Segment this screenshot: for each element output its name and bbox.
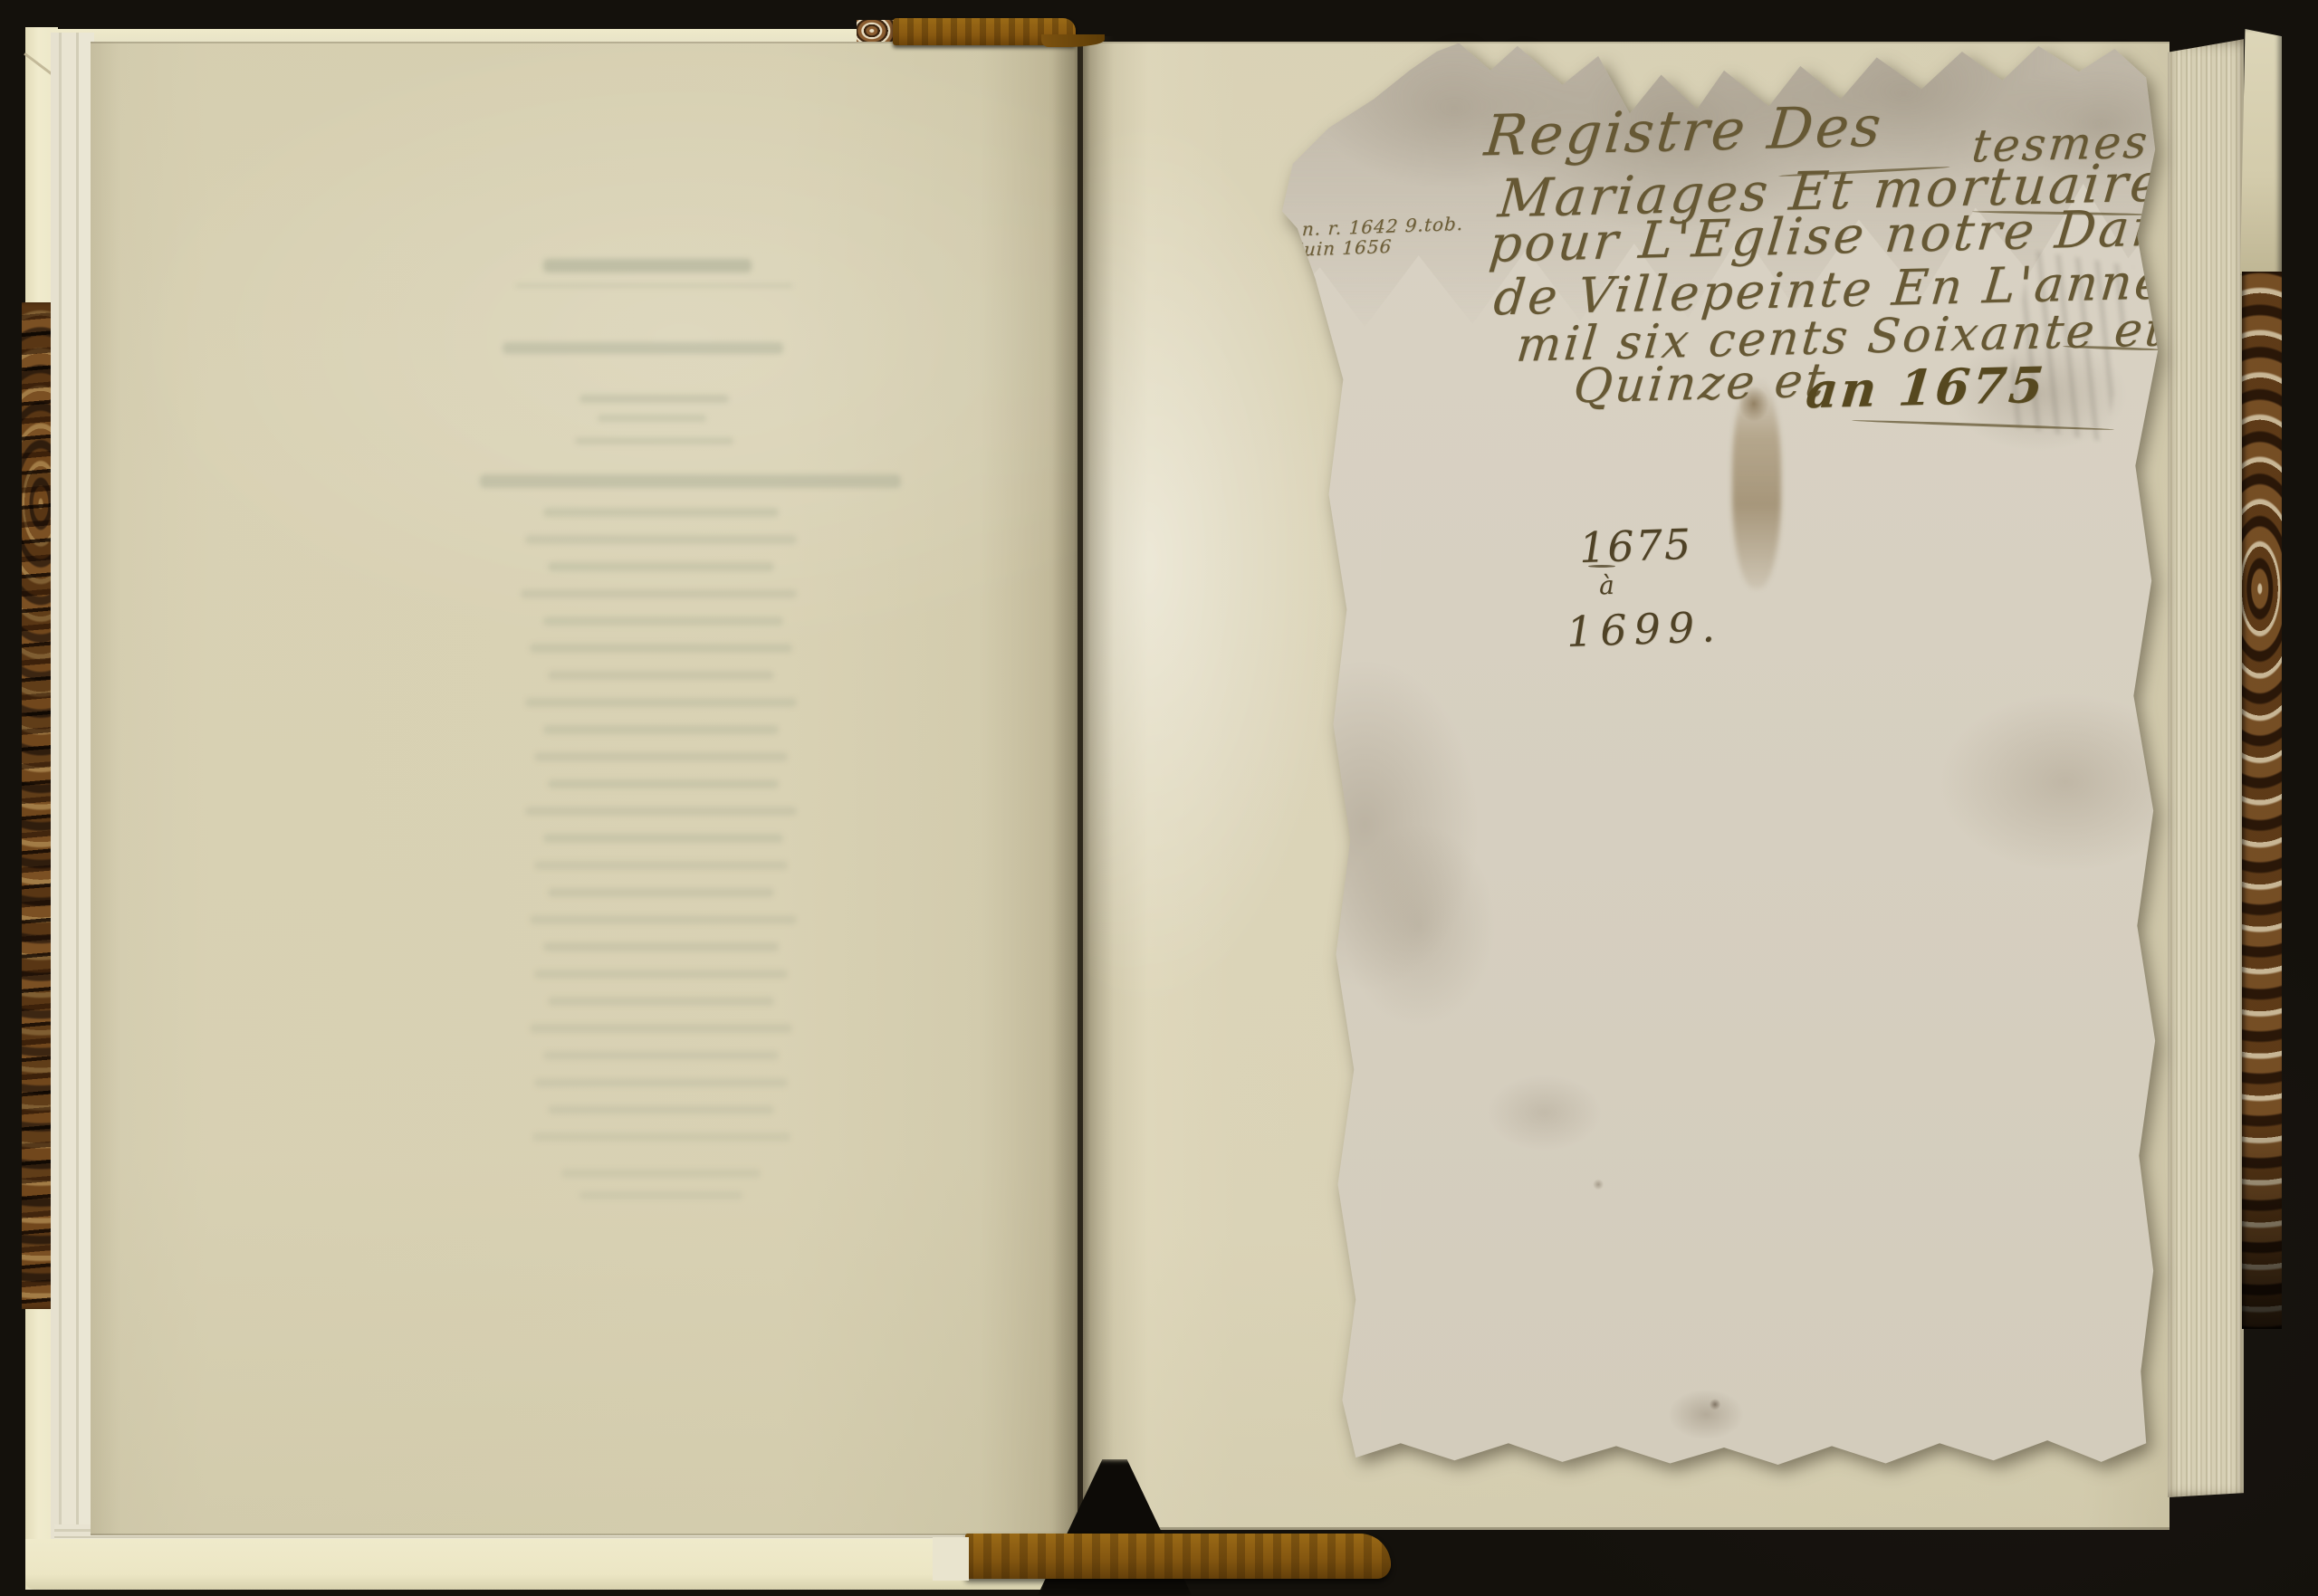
ghost-text-line [480,474,901,488]
left-leaf-edges [51,33,94,1539]
ghost-text-line [543,942,779,951]
show-through-ghost-text [91,42,1078,1535]
ghost-text-line [525,807,797,816]
ghost-text-line [543,259,752,272]
ghost-text-line [548,779,779,788]
ghost-text-line [548,888,774,897]
margin-note-line-2: . juin 1656 [1283,235,1393,261]
title-line-1a: Registre Des [1481,93,1886,169]
ghost-text-line [525,535,797,544]
date-range-separator: à [1598,570,1616,601]
ghost-text-line [579,1191,742,1199]
spine-marble-fragment [857,20,895,42]
ghost-text-line [561,1169,761,1178]
left-blank-page [91,42,1078,1535]
ghost-text-line [516,284,792,287]
ghost-text-line [548,562,774,571]
ghost-text-line [534,970,788,979]
ghost-text-line [543,508,779,517]
right-marbled-board-edge [2242,272,2282,1329]
ghost-text-line [598,415,706,422]
ghost-text-line [503,342,783,354]
ghost-text-line [530,915,797,924]
book-gutter-shadow [1052,36,1114,1541]
bottom-endpaper-sliver [933,1537,969,1581]
ghost-text-line [543,1051,779,1060]
ghost-text-line [575,437,733,444]
ghost-text-line [534,861,788,870]
ghost-text-line [543,834,783,843]
ghost-text-line [521,589,797,598]
manuscript-leaf: Registre Des tesmes Mariages Et mortuair… [1275,34,2173,1472]
spine-leather-bottom [965,1534,1391,1579]
ghost-text-line [530,644,792,653]
ghost-text-line [548,1105,774,1114]
ghost-text-line [534,752,788,761]
title-line-6b: an 1675 [1804,356,2049,420]
title-line-6a: Quinze et [1571,354,1829,415]
ghost-text-line [548,997,774,1006]
ghost-text-line [530,1024,792,1033]
date-range-end: 1699. [1566,602,1722,656]
ghost-text-line [543,616,783,626]
right-board-top-edge [2240,29,2282,275]
date-underline [1588,565,1615,568]
ghost-text-line [543,725,779,734]
manuscript-leaf-wrap: Registre Des tesmes Mariages Et mortuair… [1275,34,2173,1472]
ghost-text-line [548,671,774,680]
ghost-text-line [525,698,797,707]
left-endpaper-bottom-band [25,1539,1079,1590]
fore-edge-page-stack [2168,36,2244,1497]
ghost-text-line [534,1078,788,1087]
book-scan: Registre Des tesmes Mariages Et mortuair… [0,0,2318,1596]
ghost-text-line [532,1132,790,1142]
ghost-text-line [579,395,729,403]
